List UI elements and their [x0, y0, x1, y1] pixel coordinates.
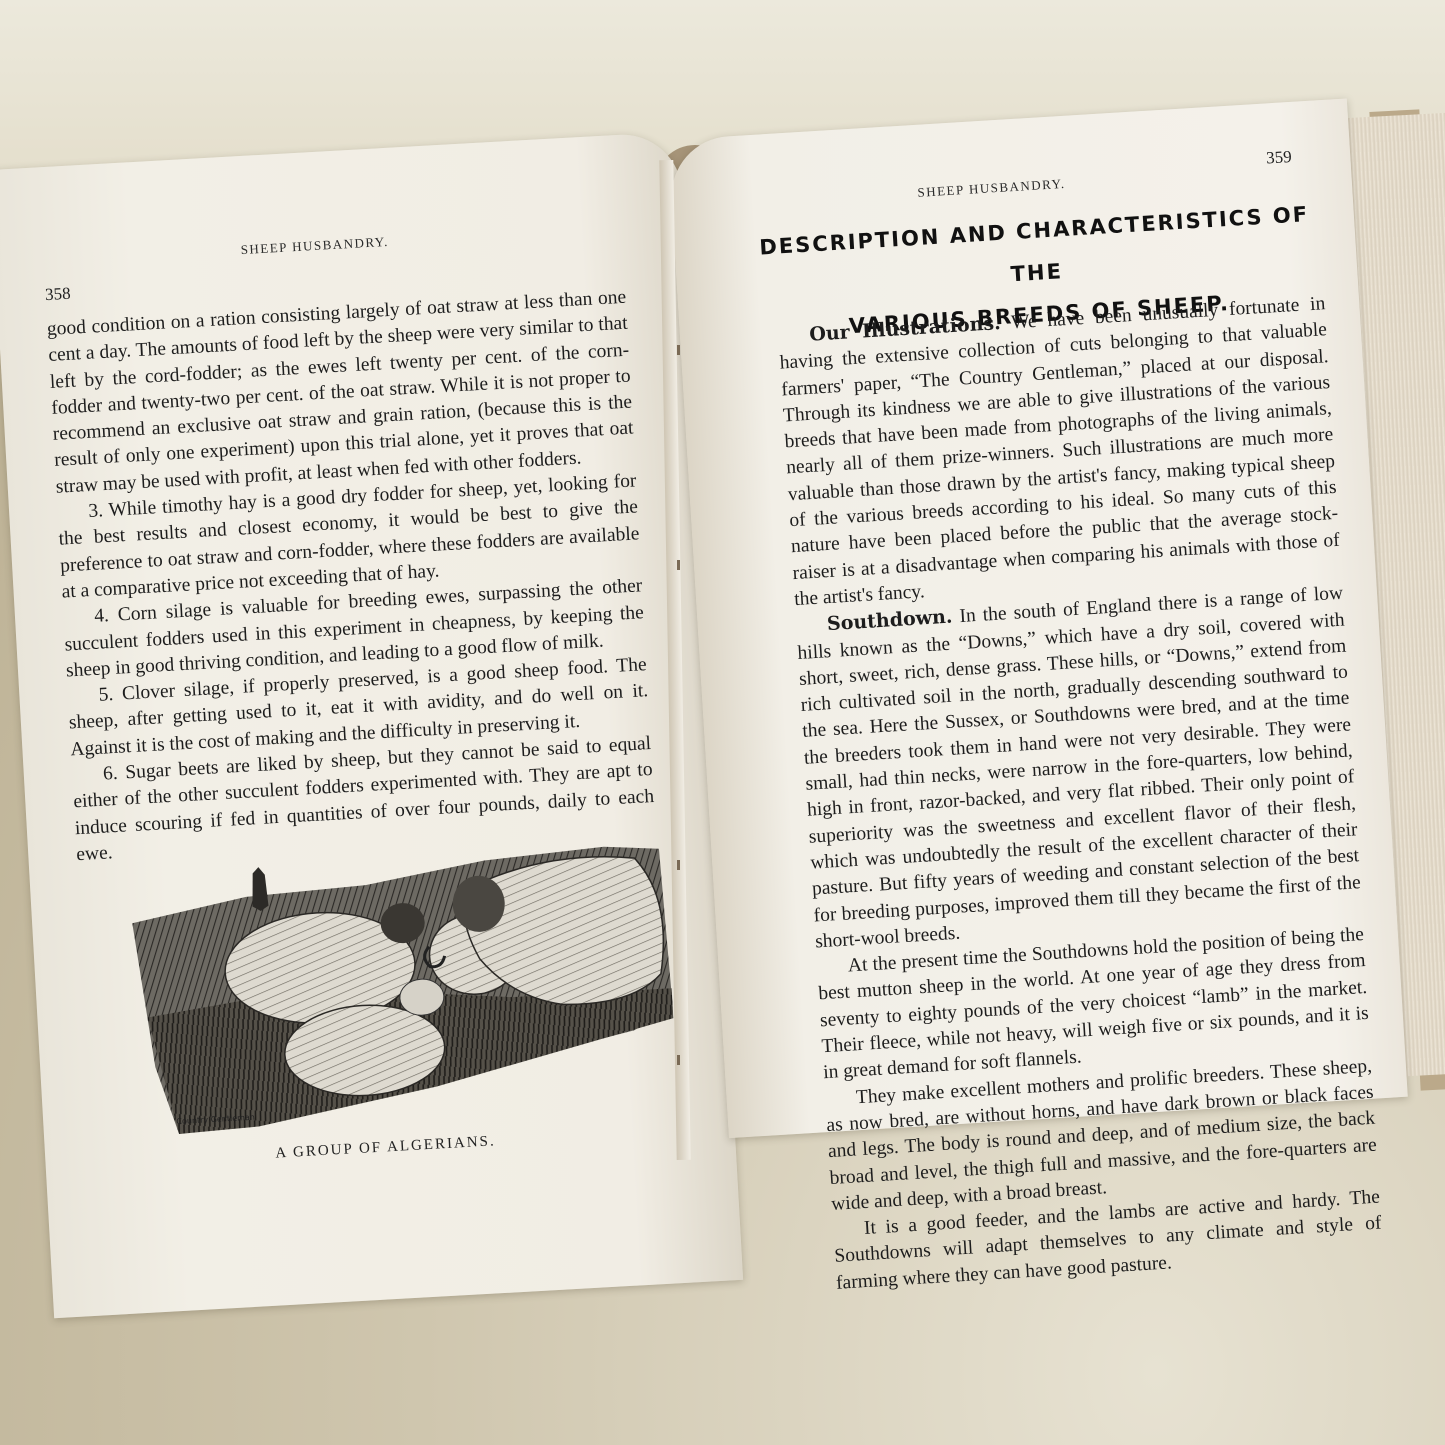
left-page-body: good condition on a ration consisting la…	[46, 285, 656, 869]
section-lead: Southdown.	[826, 606, 953, 636]
running-head-left: SHEEP HUSBANDRY.	[0, 220, 635, 272]
binding-stitch	[677, 860, 680, 870]
binding-stitch	[677, 560, 680, 570]
page-number-left: 358	[45, 284, 72, 305]
sheep-engraving-image: Country Gentleman	[124, 838, 678, 1138]
right-page: SHEEP HUSBANDRY. 359 DESCRIPTION AND CHA…	[668, 98, 1408, 1138]
binding-stitch	[677, 345, 680, 355]
section-our-illustrations: Our Illustrations. We have been unusuall…	[777, 290, 1342, 613]
section-southdown: Southdown. In the south of England there…	[795, 580, 1363, 956]
illustration-caption: A GROUP OF ALGERIANS.	[275, 1133, 496, 1162]
page-number-right: 359	[1266, 147, 1293, 169]
sheep-engraving-illustration: Country Gentleman	[124, 838, 678, 1138]
section-text: In the south of England there is a range…	[797, 583, 1361, 952]
right-page-body: Our Illustrations. We have been unusuall…	[777, 290, 1383, 1297]
left-page: SHEEP HUSBANDRY. 358 good condition on a…	[0, 131, 743, 1318]
paragraph: good condition on a ration consisting la…	[46, 285, 635, 501]
binding-stitch	[677, 1055, 680, 1065]
